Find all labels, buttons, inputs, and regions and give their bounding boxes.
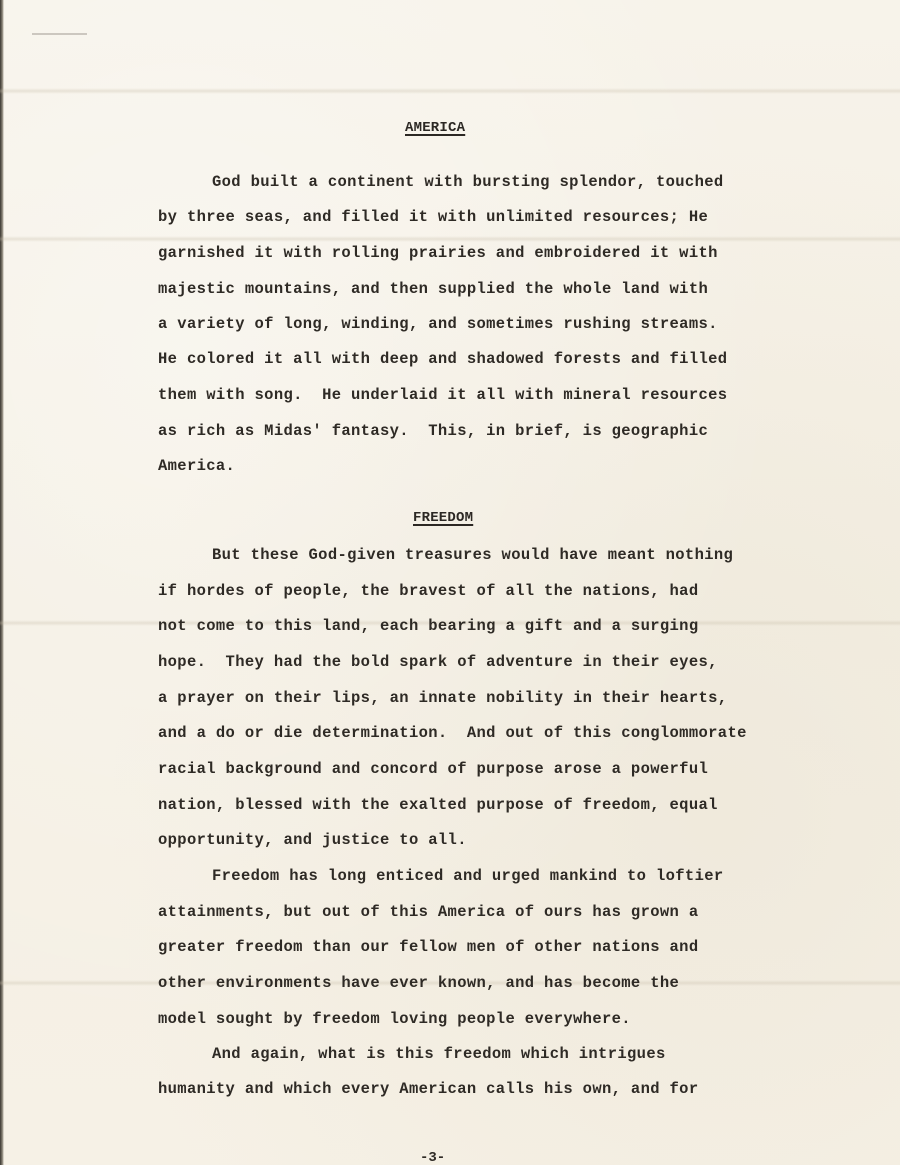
page-number: -3- xyxy=(420,1150,445,1165)
text-line: nation, blessed with the exalted purpose… xyxy=(158,796,718,814)
text-line: attainments, but out of this America of … xyxy=(158,903,698,921)
text-line: But these God-given treasures would have… xyxy=(212,546,733,564)
section-heading-america: AMERICA xyxy=(405,120,465,136)
text-line: a prayer on their lips, an innate nobili… xyxy=(158,689,727,707)
text-line: a variety of long, winding, and sometime… xyxy=(158,315,718,333)
text-line: America. xyxy=(158,457,235,475)
text-line: garnished it with rolling prairies and e… xyxy=(158,244,718,262)
text-line: other environments have ever known, and … xyxy=(158,974,679,992)
text-line: opportunity, and justice to all. xyxy=(158,831,467,849)
paper-fold xyxy=(0,88,900,94)
text-line: And again, what is this freedom which in… xyxy=(212,1045,666,1063)
text-line: them with song. He underlaid it all with… xyxy=(158,386,727,404)
section-heading-freedom: FREEDOM xyxy=(413,510,473,526)
text-line: racial background and concord of purpose… xyxy=(158,760,708,778)
text-line: greater freedom than our fellow men of o… xyxy=(158,938,698,956)
text-line: God built a continent with bursting sple… xyxy=(212,173,724,191)
text-line: by three seas, and filled it with unlimi… xyxy=(158,208,708,226)
text-line: majestic mountains, and then supplied th… xyxy=(158,280,708,298)
text-line: model sought by freedom loving people ev… xyxy=(158,1010,631,1028)
text-line: if hordes of people, the bravest of all … xyxy=(158,582,698,600)
text-line: as rich as Midas' fantasy. This, in brie… xyxy=(158,422,708,440)
text-line: humanity and which every American calls … xyxy=(158,1080,698,1098)
text-line: He colored it all with deep and shadowed… xyxy=(158,350,727,368)
text-line: Freedom has long enticed and urged manki… xyxy=(212,867,724,885)
text-line: not come to this land, each bearing a gi… xyxy=(158,617,698,635)
paper-fold xyxy=(0,236,900,242)
text-line: and a do or die determination. And out o… xyxy=(158,724,747,742)
paper-mark xyxy=(32,33,87,35)
text-line: hope. They had the bold spark of adventu… xyxy=(158,653,718,671)
page-edge xyxy=(0,0,4,1165)
